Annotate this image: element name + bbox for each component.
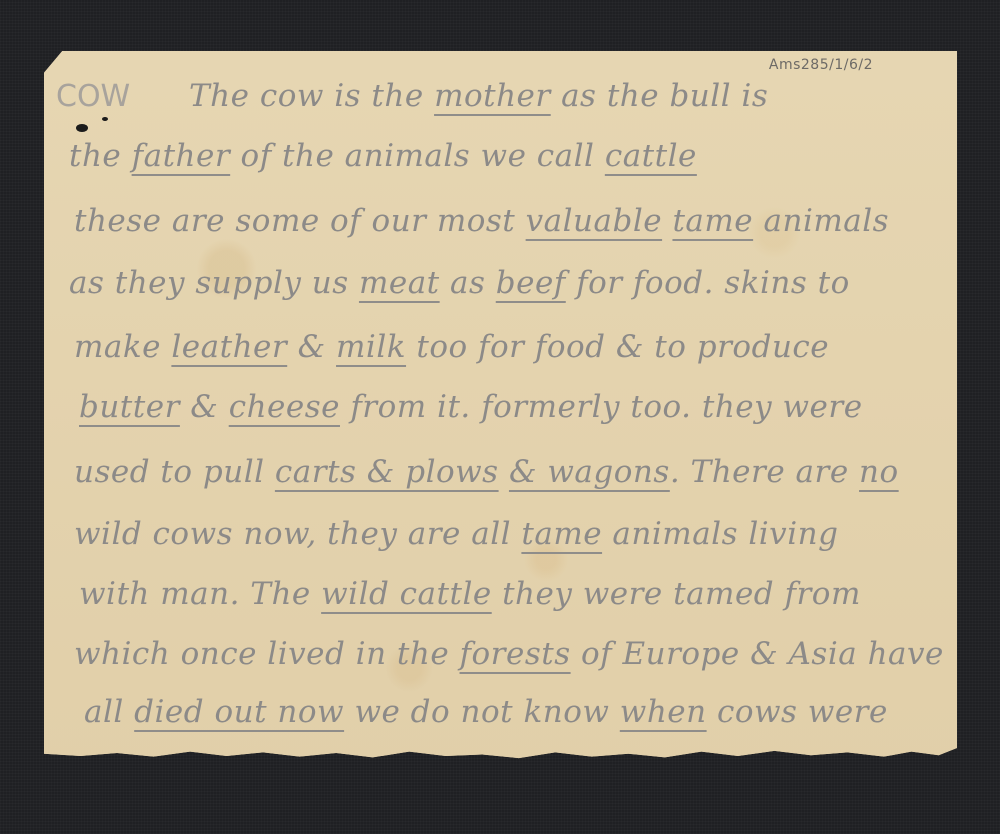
text-span: we do not know xyxy=(344,694,620,730)
text-span xyxy=(499,454,509,490)
underlined-word: no xyxy=(859,454,899,490)
text-line: wild cows now, they are all tame animals… xyxy=(74,516,838,552)
text-line: first tamed: but it was a long time ago:… xyxy=(84,751,814,787)
text-span xyxy=(662,203,672,239)
text-span: with man. The xyxy=(79,576,321,612)
text-line: the father of the animals we call cattle xyxy=(69,138,697,174)
underlined-word: butter xyxy=(79,389,180,425)
text-span: cows were xyxy=(707,694,888,730)
underlined-word: valuable xyxy=(526,203,662,239)
underlined-word: & wagons xyxy=(509,454,670,490)
text-span: as the bull is xyxy=(551,78,769,114)
text-span: of the animals we call xyxy=(230,138,605,174)
text-line: butter & cheese from it. formerly too. t… xyxy=(79,389,863,425)
underlined-word: when xyxy=(620,694,707,730)
text-span: The cow is the xyxy=(189,78,434,114)
underlined-word: forests xyxy=(460,636,571,672)
underlined-word: cheese xyxy=(229,389,340,425)
text-span: for food. skins to xyxy=(566,265,850,301)
heading-label: COW xyxy=(56,79,130,114)
text-span: which once lived in the xyxy=(74,636,460,672)
archive-reference: Ams285/1/6/2 xyxy=(769,57,873,73)
underlined-word: beef xyxy=(496,265,566,301)
text-span: used to pull xyxy=(74,454,275,490)
text-span: : but it was a long time ago: many xyxy=(262,751,814,787)
text-span: all xyxy=(84,694,134,730)
text-line: with man. The wild cattle they were tame… xyxy=(79,576,861,612)
underlined-word: father xyxy=(132,138,231,174)
text-span: animals living xyxy=(602,516,838,552)
underlined-word: cattle xyxy=(605,138,697,174)
text-span: wild cows now, they are all xyxy=(74,516,521,552)
text-span: animals xyxy=(753,203,889,239)
text-line: The cow is the mother as the bull is xyxy=(189,78,768,114)
text-line: as they supply us meat as beef for food.… xyxy=(69,265,850,301)
underlined-word: mother xyxy=(434,78,551,114)
text-span: from it. formerly too. they were xyxy=(340,389,863,425)
text-span: of Europe & Asia have xyxy=(571,636,944,672)
underlined-word: tame xyxy=(521,516,602,552)
text-span: first xyxy=(84,751,161,787)
text-span: too for food & to produce xyxy=(406,329,829,365)
text-span: . There are xyxy=(670,454,859,490)
ink-blot xyxy=(102,117,108,121)
text-span: these are some of our most xyxy=(74,203,526,239)
underlined-word: meat xyxy=(359,265,440,301)
text-span: & xyxy=(287,329,336,365)
text-span: the xyxy=(69,138,132,174)
underlined-word: tame xyxy=(672,203,753,239)
text-line: these are some of our most valuable tame… xyxy=(74,203,889,239)
ink-blot xyxy=(76,124,88,132)
underlined-word: leather xyxy=(171,329,287,365)
text-line: all died out now we do not know when cow… xyxy=(84,694,888,730)
text-span: & xyxy=(180,389,229,425)
underlined-word: tamed xyxy=(161,751,262,787)
text-line: used to pull carts & plows & wagons. The… xyxy=(74,454,899,490)
underlined-word: carts & plows xyxy=(275,454,499,490)
text-line: make leather & milk too for food & to pr… xyxy=(74,329,829,365)
underlined-word: milk xyxy=(336,329,406,365)
text-span: as xyxy=(440,265,496,301)
text-span: as they supply us xyxy=(69,265,359,301)
text-span: they were tamed from xyxy=(492,576,861,612)
text-span: make xyxy=(74,329,171,365)
manuscript-page: Ams285/1/6/2 COW The cow is the mother a… xyxy=(44,51,957,777)
text-line: which once lived in the forests of Europ… xyxy=(74,636,944,672)
underlined-word: wild cattle xyxy=(321,576,492,612)
underlined-word: died out now xyxy=(134,694,344,730)
